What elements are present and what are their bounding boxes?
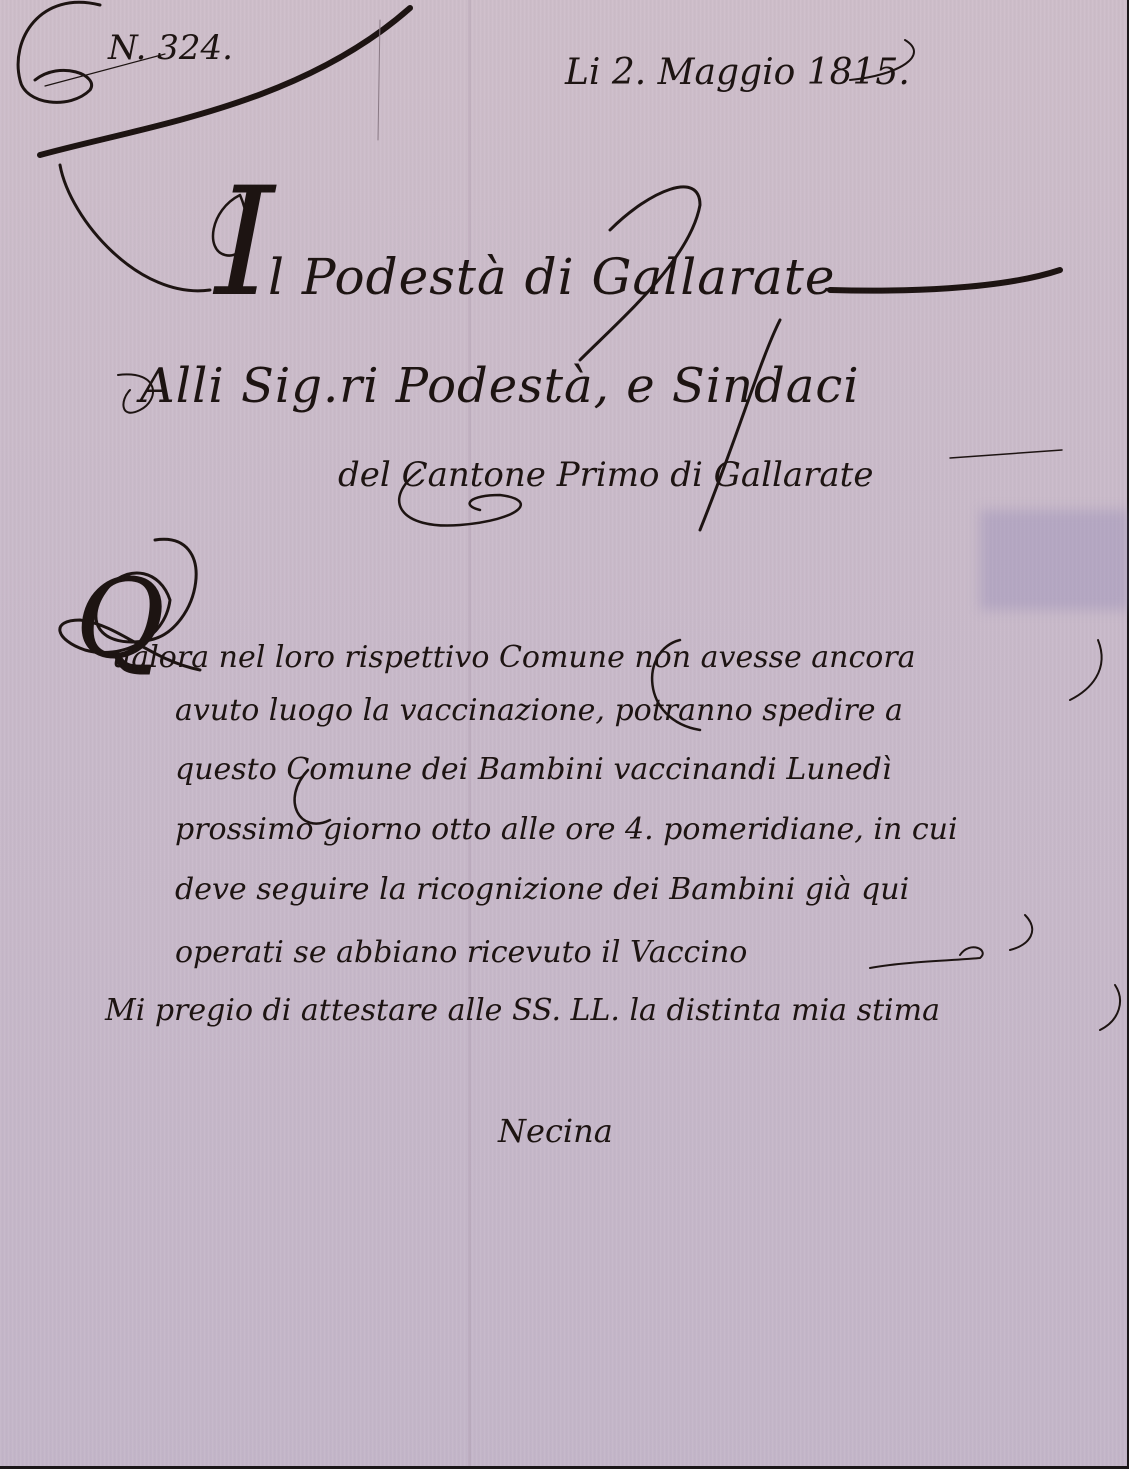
- body-line-3: questo Comune dei Bambini vaccinandi Lun…: [175, 752, 891, 787]
- sender-heading: l Podestà di Gallarate: [268, 248, 835, 306]
- body-line-1: ualora nel loro rispettivo Comune non av…: [112, 640, 916, 675]
- protocol-number: N. 324.: [108, 28, 233, 68]
- document-paper: [0, 0, 1127, 1466]
- letter-date: Li 2. Maggio 1815.: [565, 52, 910, 93]
- body-line-4: prossimo giorno otto alle ore 4. pomerid…: [175, 812, 958, 847]
- signature: Necina: [498, 1112, 613, 1150]
- paper-stain: [980, 510, 1129, 610]
- recipient-subheading: del Cantone Primo di Gallarate: [338, 455, 873, 495]
- body-line-6: operati se abbiano ricevuto il Vaccino: [175, 935, 747, 970]
- paper-fold-line: [468, 0, 471, 1466]
- drop-cap-i: I: [215, 168, 274, 318]
- closing-line: Mi pregio di attestare alle SS. LL. la d…: [105, 993, 940, 1028]
- body-line-5: deve seguire la ricognizione dei Bambini…: [175, 872, 909, 907]
- body-line-2: avuto luogo la vaccinazione, potranno sp…: [175, 693, 903, 728]
- recipient-heading: Alli Sig.ri Podestà, e Sindaci: [140, 358, 860, 414]
